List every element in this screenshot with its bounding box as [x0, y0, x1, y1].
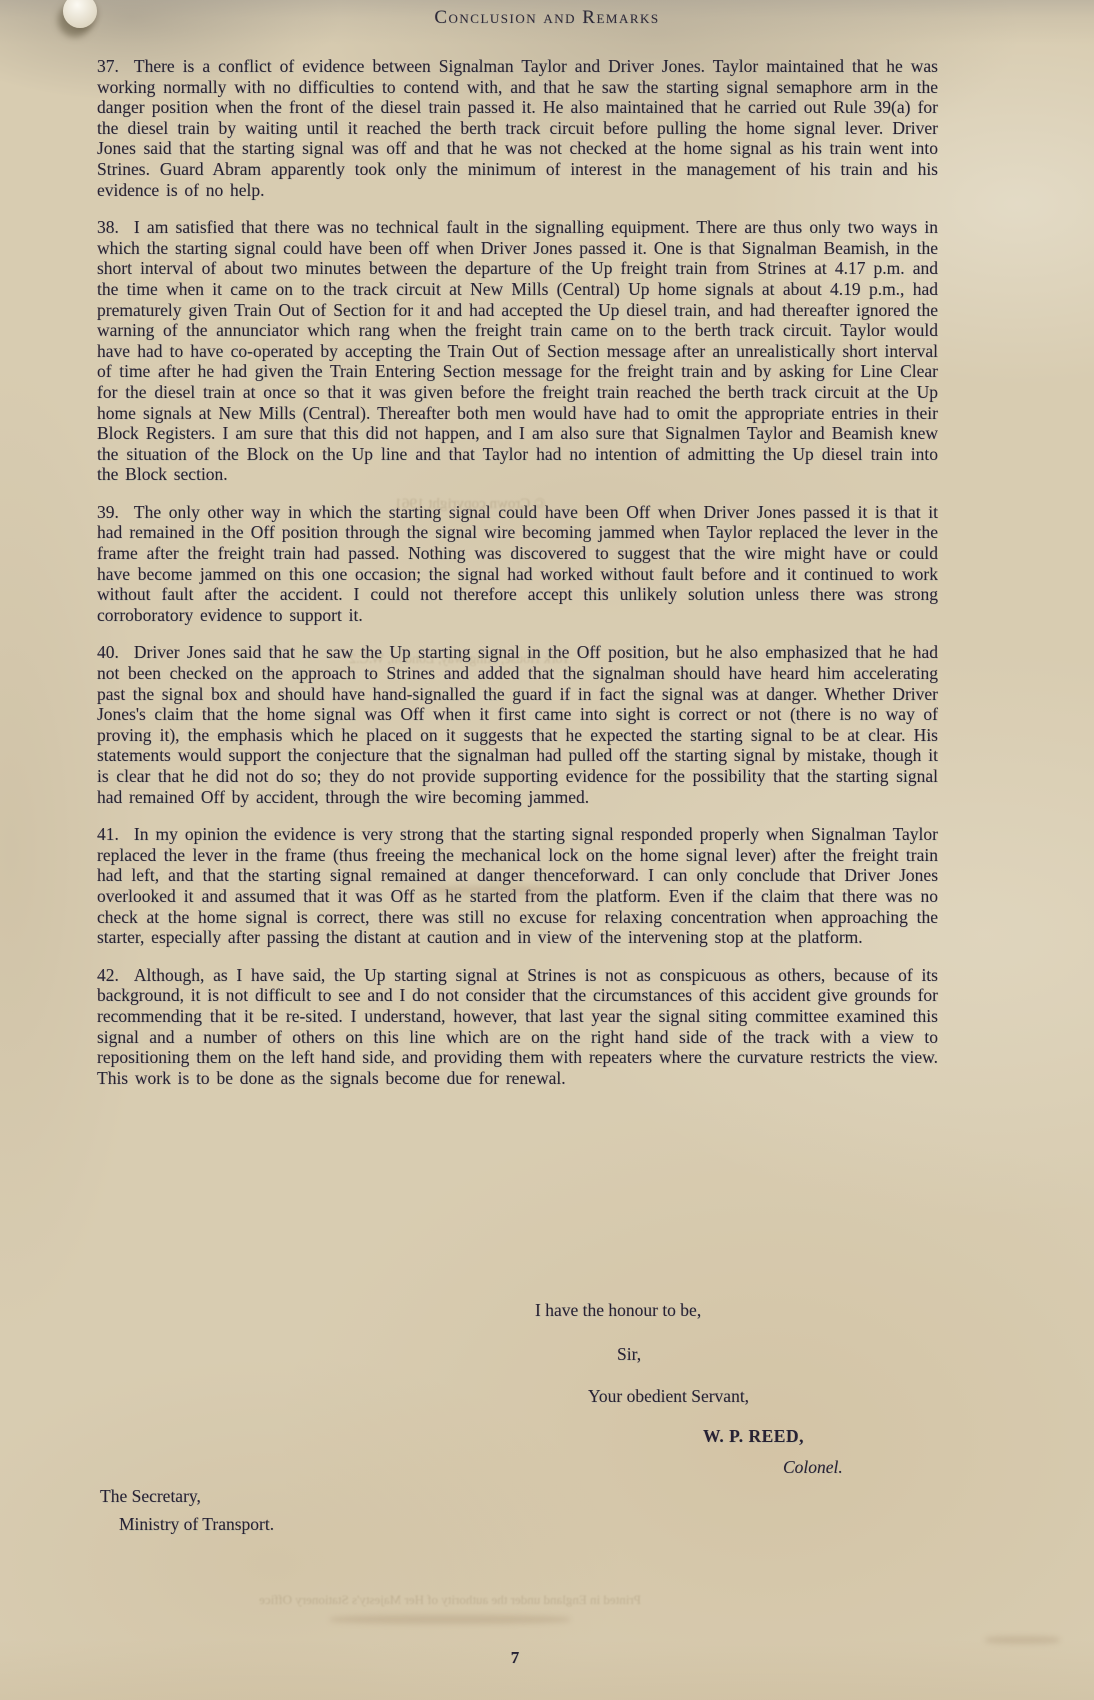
bleedthrough-smudge	[330, 1615, 570, 1624]
scanned-report-page: { "page": { "header": "Conclusion and Re…	[0, 0, 1094, 1700]
bleedthrough-smudge	[985, 1636, 1060, 1644]
report-body: 37.There is a conflict of evidence betwe…	[97, 56, 938, 1105]
bleedthrough-smudge	[420, 886, 590, 895]
paragraph-37: 37.There is a conflict of evidence betwe…	[97, 56, 938, 200]
paragraph-42: 42.Although, as I have said, the Up star…	[97, 965, 938, 1089]
page-title: Conclusion and Remarks	[0, 7, 1094, 29]
page-number: 7	[0, 1648, 1030, 1668]
paragraph-text: There is a conflict of evidence between …	[97, 56, 938, 200]
addressee-ministry: Ministry of Transport.	[119, 1514, 274, 1535]
paragraph-number: 42.	[97, 965, 119, 985]
paragraph-text: The only other way in which the starting…	[97, 502, 938, 625]
paragraph-38: 38.I am satisfied that there was no tech…	[97, 217, 938, 485]
paragraph-number: 37.	[97, 56, 119, 76]
paragraph-text: Although, as I have said, the Up startin…	[97, 965, 938, 1088]
bleedthrough-printer-imprint: Printed in England under the authority o…	[220, 1592, 680, 1608]
valediction-sir: Sir,	[617, 1344, 641, 1365]
addressee-secretary: The Secretary,	[100, 1486, 201, 1507]
paragraph-number: 41.	[97, 824, 119, 844]
bleedthrough-crown-copyright: © Crown copyright 1961	[360, 496, 580, 513]
paragraph-number: 39.	[97, 502, 119, 522]
signature-name: W. P. REED,	[703, 1426, 804, 1447]
valediction-servant: Your obedient Servant,	[588, 1386, 749, 1407]
valediction-honour: I have the honour to be,	[535, 1300, 701, 1321]
bleedthrough-publisher-address: York House, Kingsway, London, W.C.2	[330, 652, 590, 668]
paragraph-number: 38.	[97, 217, 119, 237]
paragraph-text: I am satisfied that there was no technic…	[97, 217, 938, 484]
paragraph-number: 40.	[97, 642, 119, 662]
paragraph-39: 39.The only other way in which the start…	[97, 502, 938, 626]
signature-rank: Colonel.	[783, 1457, 843, 1478]
